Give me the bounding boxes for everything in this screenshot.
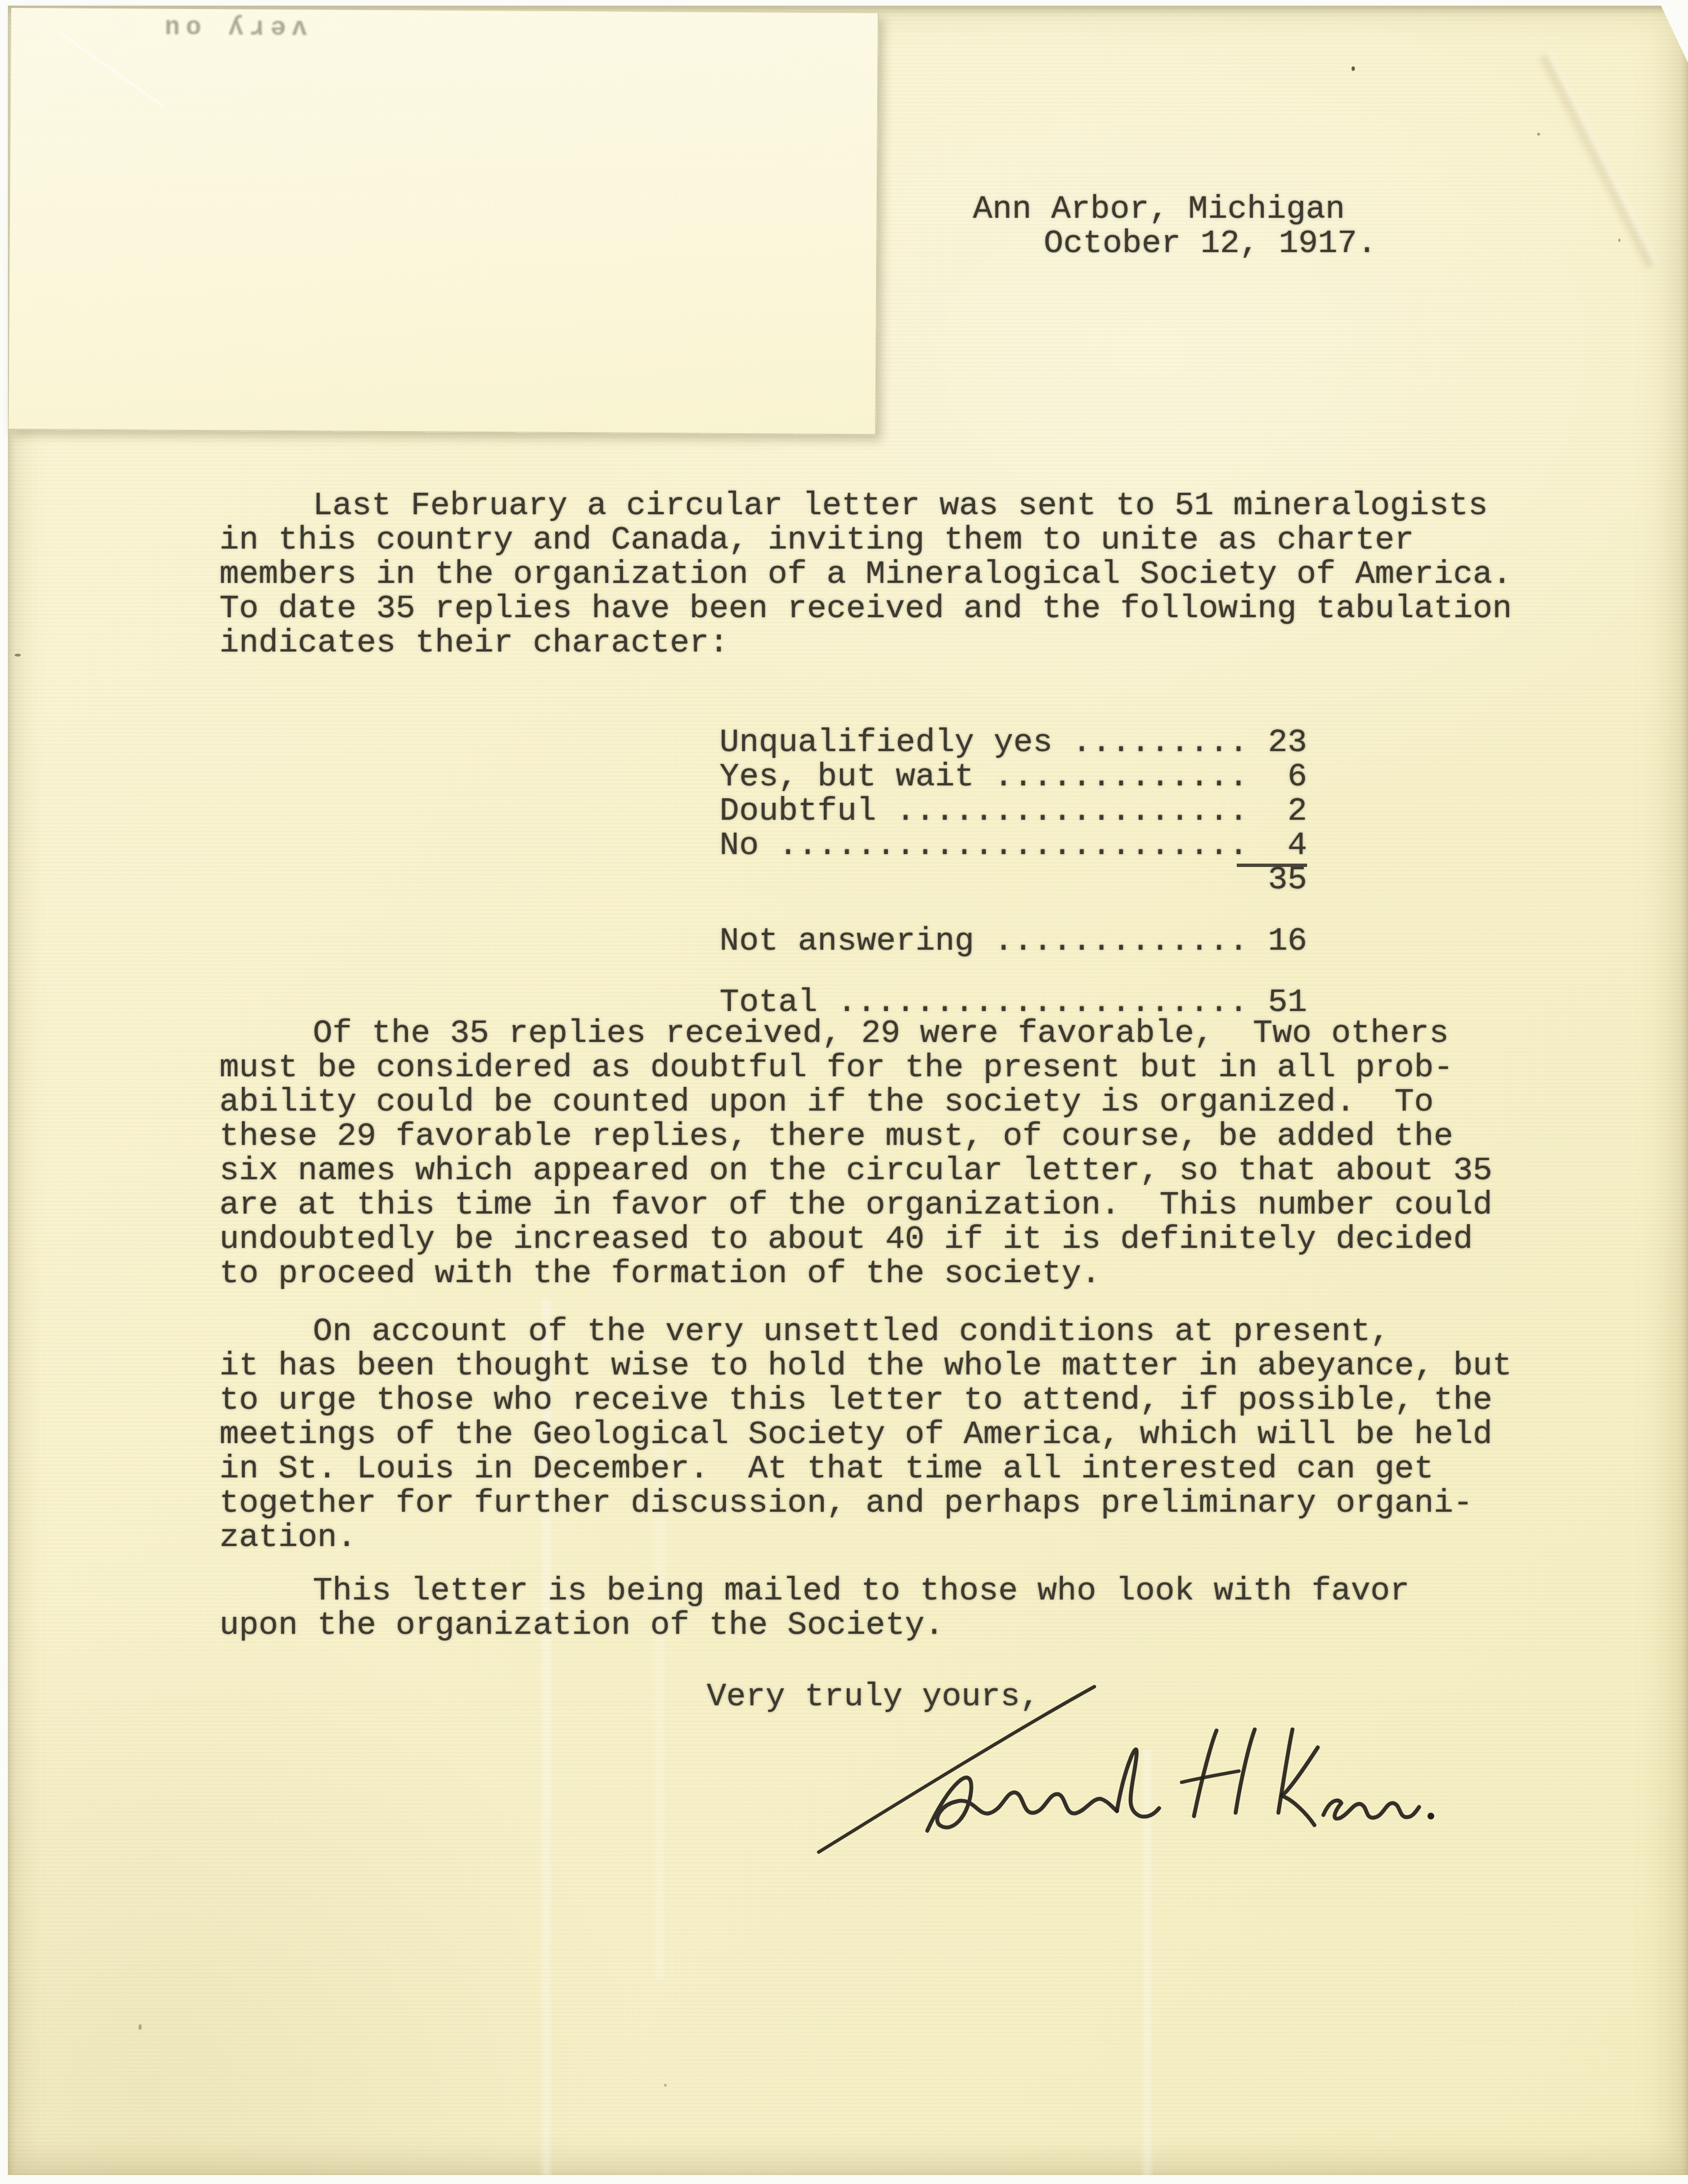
dust-speck xyxy=(1352,66,1355,71)
paper-scratch xyxy=(57,31,164,107)
paper-crease xyxy=(1536,51,1660,271)
paragraph-line: meetings of the Geological Society of Am… xyxy=(219,1418,1512,1452)
overlapping-blank-sheet: very ou xyxy=(8,8,879,435)
paragraph-line: must be considered as doubtful for the p… xyxy=(219,1051,1492,1085)
paragraph-line: in this country and Canada, inviting the… xyxy=(219,523,1512,558)
paragraph-line: to proceed with the formation of the soc… xyxy=(219,1257,1492,1291)
paragraph-line: to urge those who receive this letter to… xyxy=(219,1383,1512,1418)
dateline-city: Ann Arbor, Michigan xyxy=(973,192,1377,227)
dateline-date: October 12, 1917. xyxy=(1044,227,1377,261)
paragraph-3: On account of the very unsettled conditi… xyxy=(219,1315,1512,1555)
paragraph-line: This letter is being mailed to those who… xyxy=(219,1574,1409,1608)
ink-offset-ghost-text: very ou xyxy=(15,8,307,42)
tabulation-subtotal-row: 35 xyxy=(1151,829,1307,863)
dust-speck xyxy=(664,2084,667,2087)
row-label: No xyxy=(720,828,759,864)
paragraph-line: undoubtedly be increased to about 40 if … xyxy=(219,1223,1492,1257)
paragraph-line: Of the 35 replies received, 29 were favo… xyxy=(219,1017,1492,1051)
scanned-letter-page: very ou Ann Arbor, Michigan October 12, … xyxy=(0,0,1688,2184)
dust-speck xyxy=(138,2024,142,2030)
paragraph-line: in St. Louis in December. At that time a… xyxy=(219,1452,1512,1486)
paragraph-1: Last February a circular letter was sent… xyxy=(219,489,1512,660)
paragraph-line: ability could be counted upon if the soc… xyxy=(219,1085,1492,1120)
paragraph-line: together for further discussion, and per… xyxy=(219,1486,1512,1521)
tabulation-row: Not answering ............. 16 xyxy=(602,890,1307,924)
dust-speck xyxy=(1537,133,1540,136)
paragraph-line: To date 35 replies have been received an… xyxy=(219,592,1512,626)
paragraph-line: On account of the very unsettled conditi… xyxy=(219,1315,1512,1349)
paragraph-line: are at this time in favor of the organiz… xyxy=(219,1188,1492,1223)
paragraph-line: indicates their character: xyxy=(219,626,1512,660)
row-value: 51 xyxy=(1268,986,1307,1020)
tabulation-row: Total ..................... 51 xyxy=(602,951,1307,986)
tabulation-row: Unqualifiedly yes ......... 23 xyxy=(602,691,1307,726)
dateline: Ann Arbor, Michigan October 12, 1917. xyxy=(973,192,1377,261)
paragraph-line: upon the organization of the Society. xyxy=(219,1608,1409,1643)
paragraph-line: it has been thought wise to hold the who… xyxy=(219,1349,1512,1383)
paragraph-line: six names which appeared on the circular… xyxy=(219,1154,1492,1188)
paragraph-line: zation. xyxy=(219,1521,1512,1555)
dust-speck xyxy=(15,654,21,657)
paragraph-4: This letter is being mailed to those who… xyxy=(219,1574,1409,1643)
tabulation-row: Doubtful .................. 2 xyxy=(602,760,1307,794)
signature-autograph xyxy=(788,1663,1440,1866)
paragraph-line: Last February a circular letter was sent… xyxy=(219,489,1512,523)
paragraph-line: these 29 favorable replies, there must, … xyxy=(219,1120,1492,1154)
dust-speck xyxy=(1618,239,1620,242)
tabulation-row: Yes, but wait ............. 6 xyxy=(602,726,1307,760)
paragraph-2: Of the 35 replies received, 29 were favo… xyxy=(219,1017,1492,1291)
reply-tabulation: Unqualifiedly yes ......... 23 Yes, but … xyxy=(602,691,1277,1029)
tabulation-row: No ........................ 4 xyxy=(602,794,1307,829)
paragraph-line: members in the organization of a Mineral… xyxy=(219,558,1512,592)
